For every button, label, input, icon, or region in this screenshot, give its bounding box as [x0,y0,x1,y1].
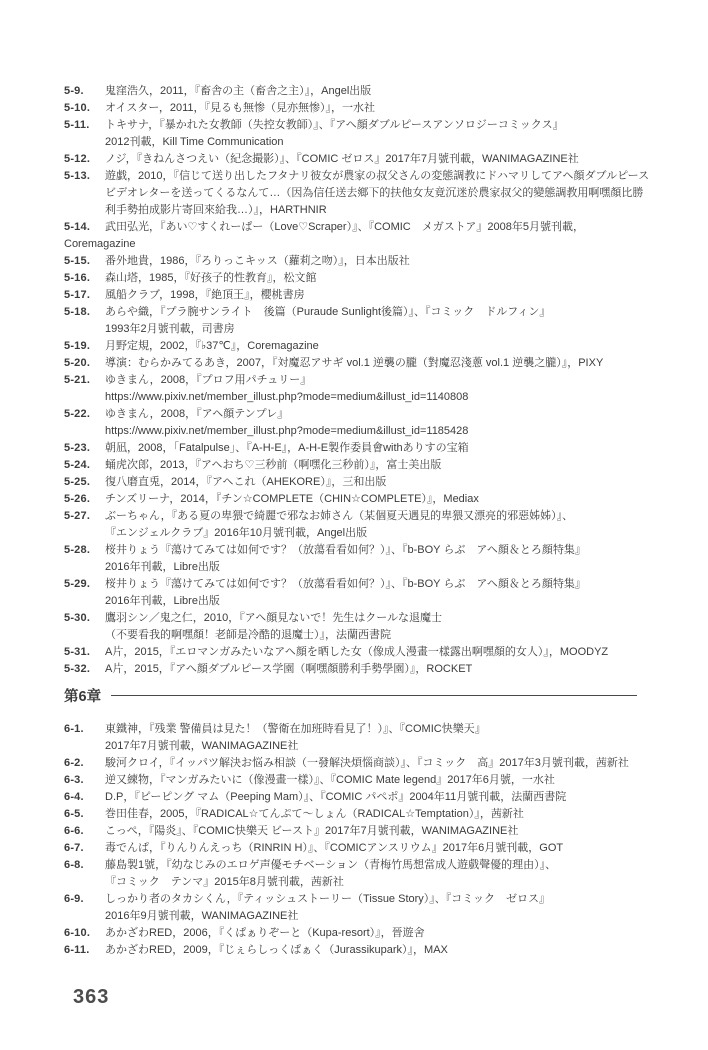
reference-entry: 5-30. 鷹羽シン／鬼之仁，2010，『アヘ顔見ないで！先生はクールな退魔士（… [64,610,664,644]
document-page: 5-9. 鬼窪浩久，2011，『畜舎の主（畜舎之主）』，Angel出版 5-10… [0,0,708,1050]
reference-entry: 5-11. トキサナ，『暴かれた女教師（失控女教師）』、『アヘ顔ダブルピースアン… [64,117,664,151]
reference-entry: 5-9. 鬼窪浩久，2011，『畜舎の主（畜舎之主）』，Angel出版 [64,83,664,100]
reference-entry: 5-24. 蛹虎次郎，2013，『アヘおち♡三秒前（啊嘿化三秒前）』，富士美出版 [64,457,664,474]
entry-line: チンズリーナ，2014，『チン☆COMPLETE（CHIN☆COMPLETE）』… [105,491,664,508]
entry-line: 2016年刊載，Libre出版 [105,559,664,576]
reference-entry: 5-12. ノジ，『きねんさつえい（紀念撮影）』、『COMIC ゼロス』2017… [64,151,664,168]
entry-number: 6-1. [64,721,84,738]
entry-number: 6-10. [64,925,90,942]
entry-number: 6-11. [64,942,89,959]
reference-entry: 6-10. あかざわRED，2006，『くぱぁりぞーと（Kupa-resort）… [64,925,664,942]
entry-line: ノジ，『きねんさつえい（紀念撮影）』、『COMIC ゼロス』2017年7月號刊載… [105,151,664,168]
reference-entry: 6-5. 巻田佳春，2005，『RADICAL☆てんぷて～しょん（RADICAL… [64,806,664,823]
entry-line: 藤島製1號，『幼なじみのエロゲ声優モチベーション（青梅竹馬想當成人遊戲聲優的理由… [105,857,664,874]
entry-line: 利手勢拍成影片寄回來給我…）』，HARTHNIR [105,202,664,219]
reference-entry: 6-11. あかざわRED，2009，『じぇらしっくぱぁく（Jurassikup… [64,942,664,959]
entry-line: ゆきまん，2008，『アヘ顔テンプレ』 [105,406,664,423]
entry-number: 5-22. [64,406,90,423]
entry-line: 『エンジェルクラブ』2016年10月號刊載，Angel出版 [105,525,664,542]
entry-line: https://www.pixiv.net/member_illust.php?… [105,389,664,406]
page-number: 363 [73,986,109,1009]
chapter6-heading-row: 第6章 [64,685,637,706]
entry-number: 5-14. [64,219,90,236]
entry-line: A片，2015，『アヘ顔ダブルピース学園（啊嘿顏勝利手勢學園）』，ROCKET [105,661,664,678]
entry-number: 5-32. [64,661,90,678]
reference-entry: 5-25. 復八磨直兎，2014，『アヘこれ（AHEKORE）』，三和出版 [64,474,664,491]
entry-line: 蛹虎次郎，2013，『アヘおち♡三秒前（啊嘿化三秒前）』，富士美出版 [105,457,664,474]
entry-line: 1993年2月號刊載，司書房 [105,321,664,338]
reference-entry: 5-26. チンズリーナ，2014，『チン☆COMPLETE（CHIN☆COMP… [64,491,664,508]
entry-line: オイスター，2011，『見るも無惨（見亦無惨）』，一水社 [105,100,664,117]
entry-number: 6-2. [64,755,84,772]
reference-entry: 6-9. しっかり者のタカシくん，『ティッシュストーリー（Tissue Stor… [64,891,664,925]
entry-number: 5-19. [64,338,90,355]
reference-entry: 5-27. ぶーちゃん，『ある夏の卑猥で綺麗で邪なお姉さん（某個夏天遇見的卑猥又… [64,508,664,542]
chapter6-reference-list: 6-1. 東鐵神，『残業 警備員は見た！（警衛在加班時看見了！）』、『COMIC… [64,721,664,959]
entry-line: 復八磨直兎，2014，『アヘこれ（AHEKORE）』，三和出版 [105,474,664,491]
entry-number: 5-23. [64,440,90,457]
reference-entry: 5-14. 武田弘光，『あい♡すくれーぱー（Love♡Scraper）』、『CO… [64,219,664,253]
reference-entry: 5-28. 桜井りょう『蕩けてみては如何です？（放蕩看看如何？）』、『b-BOY… [64,542,664,576]
entry-line: しっかり者のタカシくん，『ティッシュストーリー（Tissue Story）』、『… [105,891,664,908]
reference-entry: 5-13. 遊戯，2010，『信じて送り出したフタナリ彼女が農家の叔父さんの変態… [64,168,664,219]
chapter5-reference-list: 5-9. 鬼窪浩久，2011，『畜舎の主（畜舎之主）』，Angel出版 5-10… [64,83,664,678]
reference-entry: 5-17. 風船クラブ，1998，『絶頂王』，櫻桃書房 [64,287,664,304]
entry-number: 5-25. [64,474,90,491]
entry-line: A片，2015，『エロマンガみたいなアヘ顔を晒した女（像成人漫畫一樣露出啊嘿顏的… [105,644,664,661]
entry-line: 鷹羽シン／鬼之仁，2010，『アヘ顔見ないで！先生はクールな退魔士 [105,610,664,627]
entry-number: 6-3. [64,772,84,789]
entry-number: 6-4. [64,789,84,806]
reference-entry: 5-22. ゆきまん，2008，『アヘ顔テンプレ』https://www.pix… [64,406,664,440]
entry-line: D.P，『ピーピング マム（Peeping Mam）』、『COMIC パペポ』2… [105,789,664,806]
entry-number: 5-13. [64,168,90,185]
entry-line: 武田弘光，『あい♡すくれーぱー（Love♡Scraper）』、『COMIC メガ… [105,219,664,236]
reference-entry: 5-23. 朝凪，2008，「Fatalpulse」、『A-H-E』，A-H-E… [64,440,664,457]
entry-number: 5-16. [64,270,90,287]
entry-line: 東鐵神，『残業 警備員は見た！（警衛在加班時看見了！）』、『COMIC快樂天』 [105,721,664,738]
entry-line: https://www.pixiv.net/member_illust.php?… [105,423,664,440]
entry-line: ゆきまん，2008，『プロフ用パチュリー』 [105,372,664,389]
reference-entry: 5-19. 月野定規，2002，『♭37℃』，Coremagazine [64,338,664,355]
entry-line: 桜井りょう『蕩けてみては如何です？（放蕩看看如何？）』、『b-BOY らぶ アヘ… [105,542,664,559]
entry-line: トキサナ，『暴かれた女教師（失控女教師）』、『アヘ顔ダブルピースアンソロジーコミ… [105,117,664,134]
entry-line: あかざわRED，2006，『くぱぁりぞーと（Kupa-resort）』，晉遊舍 [105,925,664,942]
reference-entry: 6-6. こっぺ，『陽炎』、『COMIC快樂天 ビースト』2017年7月號刊載，… [64,823,664,840]
reference-entry: 5-32. A片，2015，『アヘ顔ダブルピース学園（啊嘿顏勝利手勢學園）』，R… [64,661,664,678]
entry-line: こっぺ，『陽炎』、『COMIC快樂天 ビースト』2017年7月號刊載，WANIM… [105,823,664,840]
entry-number: 5-28. [64,542,90,559]
entry-number: 5-21. [64,372,90,389]
chapter6-heading: 第6章 [64,685,101,706]
entry-line: 2016年9月號刊載，WANIMAGAZINE社 [105,908,664,925]
entry-line: 2016年刊載，Libre出版 [105,593,664,610]
entry-line: あかざわRED，2009，『じぇらしっくぱぁく（Jurassikupark）』，… [105,942,664,959]
reference-entry: 6-7. 毒でんぱ，『りんりんえっち（RINRIN H）』、『COMICアンスリ… [64,840,664,857]
entry-line: 『コミック テンマ』2015年8月號刊載，茜新社 [105,874,664,891]
entry-number: 6-5. [64,806,84,823]
entry-line: Coremagazine [64,236,664,253]
entry-line: 導演：むらかみてるあき，2007，『対魔忍アサギ vol.1 逆襲の朧（對魔忍淺… [105,355,664,372]
entry-number: 5-27. [64,508,90,525]
entry-line: 2012刊載，Kill Time Communication [105,134,664,151]
entry-line: 桜井りょう『蕩けてみては如何です？（放蕩看看如何？）』、『b-BOY らぶ アヘ… [105,576,664,593]
entry-number: 5-18. [64,304,90,321]
reference-entry: 5-16. 森山塔，1985，『好孩子的性教育』，松文館 [64,270,664,287]
reference-entry: 6-3. 逆又練物，『マンガみたいに（像漫畫一樣）』、『COMIC Mate l… [64,772,664,789]
entry-line: 駿河クロイ，『イッパツ解決お悩み相談（一發解決煩惱商談）』、『コミック 高』20… [105,755,664,772]
entry-number: 5-26. [64,491,90,508]
reference-entry: 5-20. 導演：むらかみてるあき，2007，『対魔忍アサギ vol.1 逆襲の… [64,355,664,372]
reference-entry: 6-1. 東鐵神，『残業 警備員は見た！（警衛在加班時看見了！）』、『COMIC… [64,721,664,755]
reference-entry: 6-2. 駿河クロイ，『イッパツ解決お悩み相談（一發解決煩惱商談）』、『コミック… [64,755,664,772]
entry-number: 5-29. [64,576,90,593]
entry-number: 5-11. [64,117,89,134]
entry-number: 6-7. [64,840,84,857]
entry-number: 5-17. [64,287,90,304]
entry-number: 5-20. [64,355,90,372]
reference-entry: 5-10. オイスター，2011，『見るも無惨（見亦無惨）』，一水社 [64,100,664,117]
reference-entry: 5-15. 番外地貴，1986，『ろりっこキッス（蘿莉之吻）』，日本出版社 [64,253,664,270]
reference-entry: 5-29. 桜井りょう『蕩けてみては如何です？（放蕩看看如何？）』、『b-BOY… [64,576,664,610]
entry-number: 5-9. [64,83,84,100]
entry-line: あらや織，『プラ腕サンライト 後篇（Puraude Sunlight後篇）』、『… [105,304,664,321]
entry-line: ビデオレターを送ってくるなんて…（因為信任送去鄉下的扶他女友竟沉迷於農家叔父的變… [105,185,664,202]
entry-number: 5-12. [64,151,90,168]
entry-number: 5-10. [64,100,90,117]
heading-rule [111,695,637,696]
entry-line: 逆又練物，『マンガみたいに（像漫畫一樣）』、『COMIC Mate legend… [105,772,664,789]
reference-entry: 5-18. あらや織，『プラ腕サンライト 後篇（Puraude Sunlight… [64,304,664,338]
entry-line: （不要看我的啊嘿顏！老師是冷酷的退魔士）』，法蘭西書院 [105,627,664,644]
entry-line: 森山塔，1985，『好孩子的性教育』，松文館 [105,270,664,287]
entry-line: 月野定規，2002，『♭37℃』，Coremagazine [105,338,664,355]
reference-entry: 5-31. A片，2015，『エロマンガみたいなアヘ顔を晒した女（像成人漫畫一樣… [64,644,664,661]
entry-line: 朝凪，2008，「Fatalpulse」、『A-H-E』，A-H-E製作委員會w… [105,440,664,457]
entry-line: 鬼窪浩久，2011，『畜舎の主（畜舎之主）』，Angel出版 [105,83,664,100]
entry-number: 6-6. [64,823,84,840]
entry-line: 2017年7月號刊載，WANIMAGAZINE社 [105,738,664,755]
entry-number: 6-8. [64,857,84,874]
entry-number: 5-31. [64,644,90,661]
entry-line: 番外地貴，1986，『ろりっこキッス（蘿莉之吻）』，日本出版社 [105,253,664,270]
entry-line: 毒でんぱ，『りんりんえっち（RINRIN H）』、『COMICアンスリウム』20… [105,840,664,857]
entry-line: 巻田佳春，2005，『RADICAL☆てんぷて～しょん（RADICAL☆Temp… [105,806,664,823]
entry-number: 5-30. [64,610,90,627]
entry-number: 5-24. [64,457,90,474]
reference-entry: 6-4. D.P，『ピーピング マム（Peeping Mam）』、『COMIC … [64,789,664,806]
entry-line: 遊戯，2010，『信じて送り出したフタナリ彼女が農家の叔父さんの変態調教にドハマ… [105,168,664,185]
entry-number: 5-15. [64,253,90,270]
reference-entry: 6-8. 藤島製1號，『幼なじみのエロゲ声優モチベーション（青梅竹馬想當成人遊戲… [64,857,664,891]
entry-line: ぶーちゃん，『ある夏の卑猥で綺麗で邪なお姉さん（某個夏天遇見的卑猥又漂亮的邪惡姊… [105,508,664,525]
reference-entry: 5-21. ゆきまん，2008，『プロフ用パチュリー』https://www.p… [64,372,664,406]
entry-line: 風船クラブ，1998，『絶頂王』，櫻桃書房 [105,287,664,304]
entry-number: 6-9. [64,891,84,908]
